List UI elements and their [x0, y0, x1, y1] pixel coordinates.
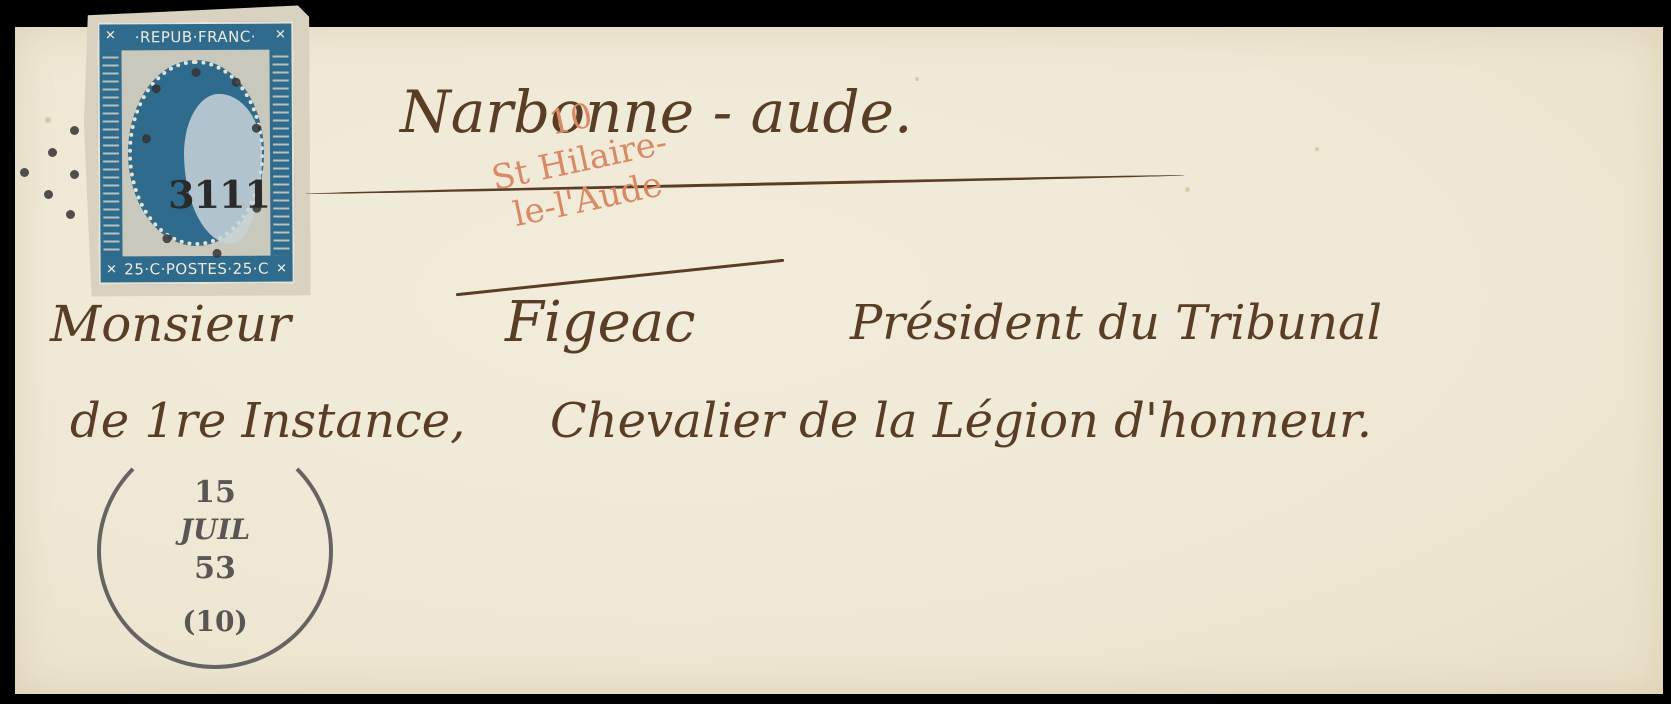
cancel-dot	[66, 210, 75, 219]
address-honour: Chevalier de la Légion d'honneur.	[550, 393, 1372, 449]
address-salutation: Monsieur	[50, 295, 291, 353]
corner-cross-icon: ✕	[271, 27, 289, 45]
date-year: 53	[101, 551, 329, 586]
stamp-bottom-inscription: 25·C·POSTES·25·C	[123, 258, 271, 281]
cancel-dot	[162, 234, 171, 243]
address-surname: Figeac	[505, 290, 696, 355]
date-month: JUIL	[101, 513, 329, 546]
foxing-spot	[45, 117, 51, 123]
cancel-dot	[192, 68, 201, 77]
cancel-dot	[252, 124, 261, 133]
greek-key-border	[102, 50, 119, 256]
foxing-spot	[1185, 187, 1190, 192]
foxing-spot	[1315, 147, 1319, 151]
date-department: (10)	[101, 605, 329, 638]
cancel-dot	[152, 84, 161, 93]
cancel-dot	[20, 168, 29, 177]
stamp-top-inscription: ·REPUB·FRANC·	[121, 26, 269, 49]
cancel-dot	[70, 126, 79, 135]
cancel-dot	[70, 170, 79, 179]
stamp-inner-panel: 3111	[121, 50, 270, 257]
address-title: Président du Tribunal	[850, 295, 1382, 351]
cancel-dot	[48, 148, 57, 157]
obliteration-number: 3111	[168, 172, 270, 218]
cancel-dot	[44, 190, 53, 199]
corner-cross-icon: ✕	[101, 27, 119, 45]
portrait-medallion: 3111	[128, 60, 265, 247]
corner-cross-icon: ✕	[273, 261, 291, 279]
cancel-dot	[142, 134, 151, 143]
stamp-face: ✕ ✕ ✕ ✕ ·REPUB·FRANC· 3111 25·C·POSTES·2…	[97, 21, 294, 284]
cancel-dot	[232, 78, 241, 87]
corner-cross-icon: ✕	[103, 261, 121, 279]
date-day: 15	[101, 475, 329, 510]
foxing-spot	[915, 77, 919, 81]
postage-stamp: ✕ ✕ ✕ ✕ ·REPUB·FRANC· 3111 25·C·POSTES·2…	[83, 5, 311, 296]
date-stamp: 15 JUIL 53 (10)	[97, 433, 333, 669]
greek-key-border	[272, 50, 289, 256]
portrait-head-icon	[184, 94, 263, 244]
cancel-dot	[213, 249, 222, 258]
address-court: de 1re Instance,	[70, 393, 465, 449]
